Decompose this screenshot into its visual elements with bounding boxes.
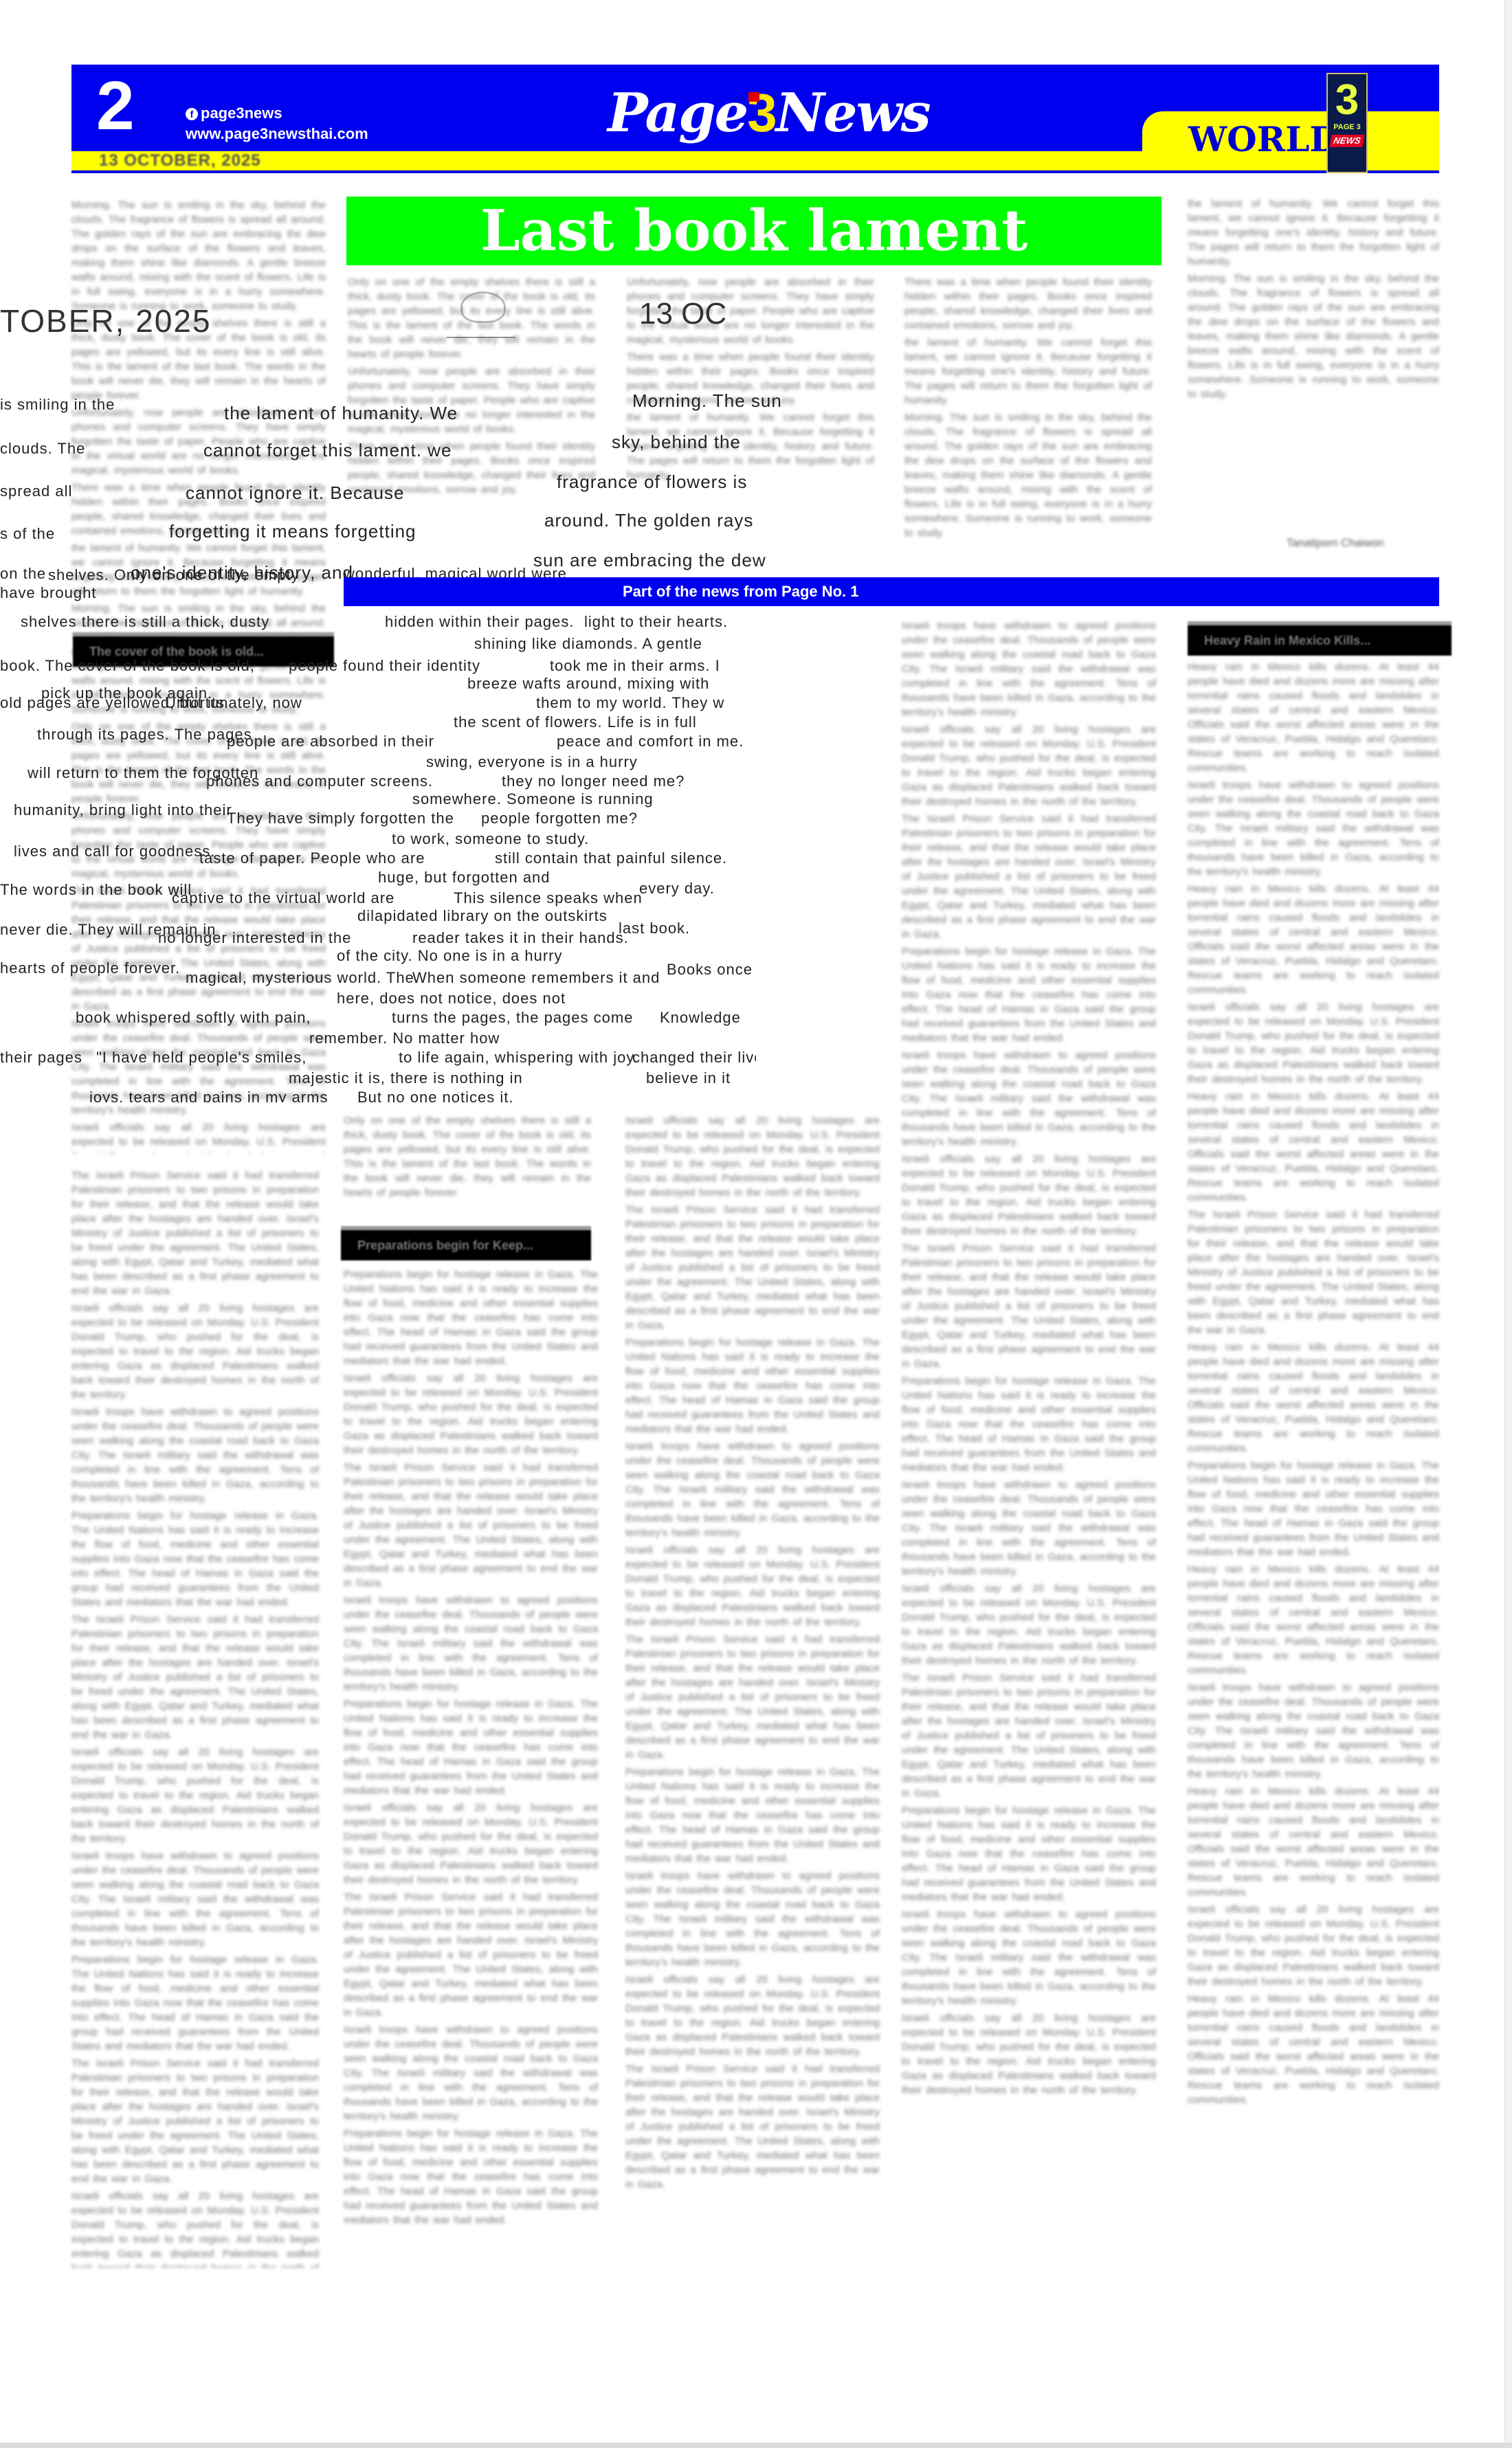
article-text: There was a time when people found their… <box>904 275 1152 333</box>
page-number: 2 <box>96 71 135 140</box>
article-text: Israeli officials say all 20 living host… <box>902 722 1156 809</box>
text-fragment: hearts of people forever. <box>0 958 180 979</box>
banner-text: Part of the news from Page No. 1 <box>623 577 859 606</box>
text-fragment: Books once <box>667 959 753 980</box>
article-text: The Israeli Prison Service said it had t… <box>902 812 1156 942</box>
article-text: Israeli officials say all 20 living host… <box>71 1301 319 1402</box>
article-text: The Israeli Prison Service said it had t… <box>625 1632 880 1762</box>
text-fragment: spread all <box>0 481 72 502</box>
article-text: Israeli troops have withdrawn to agreed … <box>902 1478 1156 1579</box>
article-text: Morning. The sun is smiling in the sky, … <box>1188 271 1439 401</box>
article-text: Heavy rain in Mexico kills dozens. At le… <box>1188 1784 1439 1900</box>
article-text: Israeli officials say all 20 living host… <box>1188 1902 1439 1989</box>
text-fragment: turns the pages, the pages come <box>392 1008 633 1028</box>
page-edge <box>1504 0 1512 2448</box>
text-fragment: people forgotten me? <box>481 808 638 829</box>
text-fragment: have brought <box>0 583 96 603</box>
text-fragment: forgetting it means forgetting <box>169 521 416 542</box>
subhead-2: Preparations begin for Keep... <box>341 1226 591 1260</box>
text-fragment: light to their hearts. <box>584 612 728 632</box>
website-link[interactable]: www.page3newsthai.com <box>186 124 368 144</box>
text-fragment: magical, mysterious world. The <box>186 968 414 988</box>
text-fragment: every day. <box>639 878 715 899</box>
article-text: Israeli troops have withdrawn to agreed … <box>71 1405 319 1506</box>
article-text: Heavy rain in Mexico kills dozens. At le… <box>1188 1340 1439 1456</box>
subhead-3: Heavy Rain in Mexico Kills... <box>1188 621 1452 656</box>
text-fragment: of the city. No one is in a hurry <box>337 946 563 966</box>
text-fragment: somewhere. Someone is running <box>412 789 654 810</box>
article-text: Israeli troops have withdrawn to agreed … <box>625 1439 880 1540</box>
article-text: Preparations begin for hostage release i… <box>625 1765 880 1866</box>
article-text: Israeli officials say all 20 living host… <box>71 2189 319 2268</box>
article-text: Preparations begin for hostage release i… <box>902 1803 1156 1904</box>
headline: Last book lament <box>346 197 1161 265</box>
social-links: fpage3news www.page3newsthai.com <box>186 103 368 144</box>
text-fragment: clouds. The <box>0 438 85 459</box>
text-fragment: Knowledge <box>660 1008 741 1028</box>
article-text: Israeli troops have withdrawn to agreed … <box>1188 1680 1439 1781</box>
text-fragment: peace and comfort in me. <box>557 731 744 752</box>
facebook-link[interactable]: fpage3news <box>186 103 368 124</box>
text-fragment: remember. No matter how <box>309 1028 500 1049</box>
text-fragment: is smiling in the <box>0 394 115 415</box>
text-fragment: They have simply forgotten the <box>227 808 454 829</box>
date-fragment: 13 OC <box>639 297 726 331</box>
article-text: Morning. The sun is smiling in the sky, … <box>71 198 326 313</box>
text-fragment: dilapidated library on the outskirts <box>357 906 608 926</box>
text-fragment: When someone remembers it and <box>412 968 660 988</box>
page-bottom-edge <box>0 2443 1512 2448</box>
article-text: Israeli troops have withdrawn to agreed … <box>902 1048 1156 1149</box>
article-text: The Israeli Prison Service said it had t… <box>71 1612 319 1742</box>
article-text: Preparations begin for hostage release i… <box>71 1509 319 1610</box>
article-text: Preparations begin for hostage release i… <box>902 1374 1156 1475</box>
article-text: The Israeli Prison Service said it had t… <box>902 1671 1156 1801</box>
logo-number: 3 <box>747 82 775 143</box>
text-fragment: "I have held people's smiles, <box>96 1047 307 1068</box>
article-text: Preparations begin for hostage release i… <box>625 1335 880 1436</box>
article-text: Preparations begin for hostage release i… <box>344 1697 598 1798</box>
article-text: Israeli troops have withdrawn to agreed … <box>344 1593 598 1694</box>
article-text: Israeli officials say all 20 living host… <box>625 1543 880 1629</box>
article-text: the lament of humanity. We cannot forget… <box>904 335 1152 408</box>
article-column-4-lower: Israeli troops have withdrawn to agreed … <box>902 619 1156 2282</box>
article-text: The Israeli Prison Service said it had t… <box>71 2056 319 2186</box>
article-column-3-lower: Israeli officials say all 20 living host… <box>625 1113 880 2282</box>
article-text: The Israeli Prison Service said it had t… <box>625 2062 880 2192</box>
text-fragment: the scent of flowers. Life is in full <box>454 712 697 733</box>
article-column-2-mid: Only on one of the empty shelves there i… <box>344 1113 591 1216</box>
text-fragment: book. The cover of the book is old, <box>0 656 255 676</box>
text-fragment: book whispered softly with pain, <box>76 1008 311 1028</box>
article-column-4: There was a time when people found their… <box>904 275 1152 564</box>
text-fragment: still contain that painful silence. <box>495 848 727 869</box>
text-fragment: hidden within their pages. <box>385 612 575 632</box>
article-text: The Israeli Prison Service said it had t… <box>344 1890 598 2020</box>
subhead-text: Heavy Rain in Mexico Kills... <box>1204 634 1370 647</box>
text-fragment: old pages are yellowed, but its <box>0 693 225 713</box>
brand-badge: 3 PAGE 3 NEWS <box>1326 73 1368 173</box>
text-fragment: to life again, whispering with joy. <box>399 1047 638 1068</box>
article-text: the lament of humanity. We cannot forget… <box>1188 197 1439 269</box>
ghost-date: TOBER, 2025 <box>0 302 212 340</box>
article-text: Israeli officials say all 20 living host… <box>344 1371 598 1458</box>
text-fragment: the lament of humanity. We <box>224 403 458 423</box>
article-text: Israeli officials say all 20 living host… <box>71 1745 319 1846</box>
article-text: Israeli troops have withdrawn to agreed … <box>71 1849 319 1950</box>
text-fragment: changed their lives. <box>632 1047 756 1068</box>
article-text: Israeli officials say all 20 living host… <box>1188 1000 1439 1087</box>
issue-date: 13 OCTOBER, 2025 <box>99 151 261 170</box>
article-text: Israeli officials say all 20 living host… <box>625 1113 880 1200</box>
article-text: Israeli troops have withdrawn to agreed … <box>344 2023 598 2124</box>
text-fragment: huge, but forgotten and <box>378 867 551 888</box>
article-text: Israeli troops have withdrawn to agreed … <box>902 1907 1156 2008</box>
article-text: Only on one of the empty shelves there i… <box>344 1113 591 1200</box>
article-text: The Israeli Prison Service said it had t… <box>902 1241 1156 1371</box>
text-fragment: people are absorbed in their <box>227 731 434 752</box>
text-fragment: majestic it is, there is nothing in <box>289 1068 523 1089</box>
article-column-2-lower: Preparations begin for hostage release i… <box>344 1267 598 2271</box>
badge-text: PAGE 3 <box>1328 122 1366 132</box>
article-text: Preparations begin for hostage release i… <box>1188 1458 1439 1559</box>
article-text: Israeli troops have withdrawn to agreed … <box>625 1869 880 1970</box>
newspaper-logo: Page3News <box>608 78 930 148</box>
article-text: Preparations begin for hostage release i… <box>902 944 1156 1045</box>
text-fragment: believe in it <box>646 1068 731 1089</box>
text-fragment: humanity, bring light into their <box>14 800 232 821</box>
text-fragment: them to my world. They w <box>536 693 724 713</box>
logo-text-left: Page <box>608 82 747 144</box>
article-column-1-lower: The Israeli Prison Service said it had t… <box>71 1168 319 2268</box>
article-text: Preparations begin for hostage release i… <box>71 1952 319 2054</box>
article-column-5: the lament of humanity. We cannot forget… <box>1188 197 1439 520</box>
author-photo <box>447 282 515 338</box>
article-text: The Israeli Prison Service said it had t… <box>344 1460 598 1590</box>
article-author: Tanatiporn Chaiwon <box>1287 537 1383 550</box>
overlay-text-block: shelves there is still a thick, dusty hi… <box>0 608 756 1102</box>
masthead: 2 fpage3news www.page3newsthai.com 13 OC… <box>71 65 1439 173</box>
article-text: Preparations begin for hostage release i… <box>344 1267 598 1368</box>
text-fragment: last book. <box>619 918 690 939</box>
text-fragment: sun are embracing the dew <box>533 550 766 570</box>
article-text: Israeli officials say all 20 living host… <box>902 2011 1156 2098</box>
article-text: Morning. The sun is smiling in the sky, … <box>904 410 1152 540</box>
text-fragment: phones and computer screens. <box>206 771 433 792</box>
article-text: Preparations begin for hostage release i… <box>344 2126 598 2227</box>
continuation-banner: Part of the news from Page No. 1 <box>344 577 1439 606</box>
facebook-handle: page3news <box>201 104 282 122</box>
article-text: The Israeli Prison Service said it had t… <box>71 1168 319 1298</box>
text-fragment: joys, tears and pains in my arms <box>89 1087 328 1102</box>
text-fragment: cannot forget this lament. we <box>203 440 452 460</box>
section-label: WORLD <box>1188 115 1339 164</box>
subhead-text: Preparations begin for Keep... <box>357 1238 533 1252</box>
text-fragment: through its pages. The pages <box>37 724 252 745</box>
text-fragment: The words in the book will <box>0 880 192 900</box>
facebook-icon: f <box>186 108 198 120</box>
text-fragment: sky, behind the <box>612 432 741 452</box>
article-text: Israeli officials say all 20 living host… <box>71 1120 326 1153</box>
text-fragment: s of the <box>0 524 55 544</box>
badge-news: NEWS <box>1329 135 1364 147</box>
logo-text-right: News <box>776 82 930 144</box>
text-fragment: on the <box>0 564 46 584</box>
text-fragment: lives and call for goodness. <box>14 841 215 862</box>
article-text: Israeli officials say all 20 living host… <box>902 1152 1156 1238</box>
text-fragment: their pages <box>0 1047 82 1068</box>
text-fragment: shining like diamonds. A gentle <box>474 634 702 654</box>
article-text: Israeli officials say all 20 living host… <box>344 1801 598 1887</box>
article-text: The Israeli Prison Service said it had t… <box>625 1203 880 1333</box>
article-text: Heavy rain in Mexico kills dozens. At le… <box>1188 882 1439 997</box>
article-text: Heavy rain in Mexico kills dozens. At le… <box>1188 1089 1439 1205</box>
text-fragment: cannot ignore it. Because <box>186 482 404 503</box>
article-text: Israeli troops have withdrawn to agreed … <box>902 619 1156 720</box>
text-fragment: Morning. The sun <box>632 390 782 411</box>
text-fragment: shelves. Only on one of the empty <box>48 565 300 586</box>
badge-number: 3 <box>1328 78 1366 122</box>
text-fragment: But no one notices it. <box>357 1087 513 1102</box>
text-fragment: fragrance of flowers is <box>557 471 747 492</box>
article-text: Heavy rain in Mexico kills dozens. At le… <box>1188 660 1439 775</box>
text-fragment: to work, someone to study. <box>392 829 589 849</box>
article-text: Israeli officials say all 20 living host… <box>625 1972 880 2059</box>
article-text: Heavy rain in Mexico kills dozens. At le… <box>1188 1562 1439 1678</box>
article-text: Unfortunately, now people are absorbed i… <box>348 364 595 436</box>
article-text: The Israeli Prison Service said it had t… <box>1188 1208 1439 1337</box>
text-fragment: people found their identity <box>289 656 480 676</box>
text-fragment: here, does not notice, does not <box>337 988 566 1009</box>
article-text: Israeli troops have withdrawn to agreed … <box>1188 778 1439 879</box>
text-fragment: no longer interested in the <box>158 928 351 948</box>
article-text: Israeli officials say all 20 living host… <box>902 1581 1156 1668</box>
article-text: Heavy rain in Mexico kills dozens. At le… <box>1188 1992 1439 2107</box>
text-fragment: around. The golden rays <box>544 510 753 531</box>
article-column-5-lower: Heavy rain in Mexico kills dozens. At le… <box>1188 660 1439 2275</box>
text-fragment: breeze wafts around, mixing with <box>467 674 709 694</box>
text-fragment: swing, everyone is in a hurry <box>426 752 638 772</box>
text-fragment: shelves there is still a thick, dusty <box>21 612 269 632</box>
text-fragment: taste of paper. People who are <box>199 848 425 869</box>
